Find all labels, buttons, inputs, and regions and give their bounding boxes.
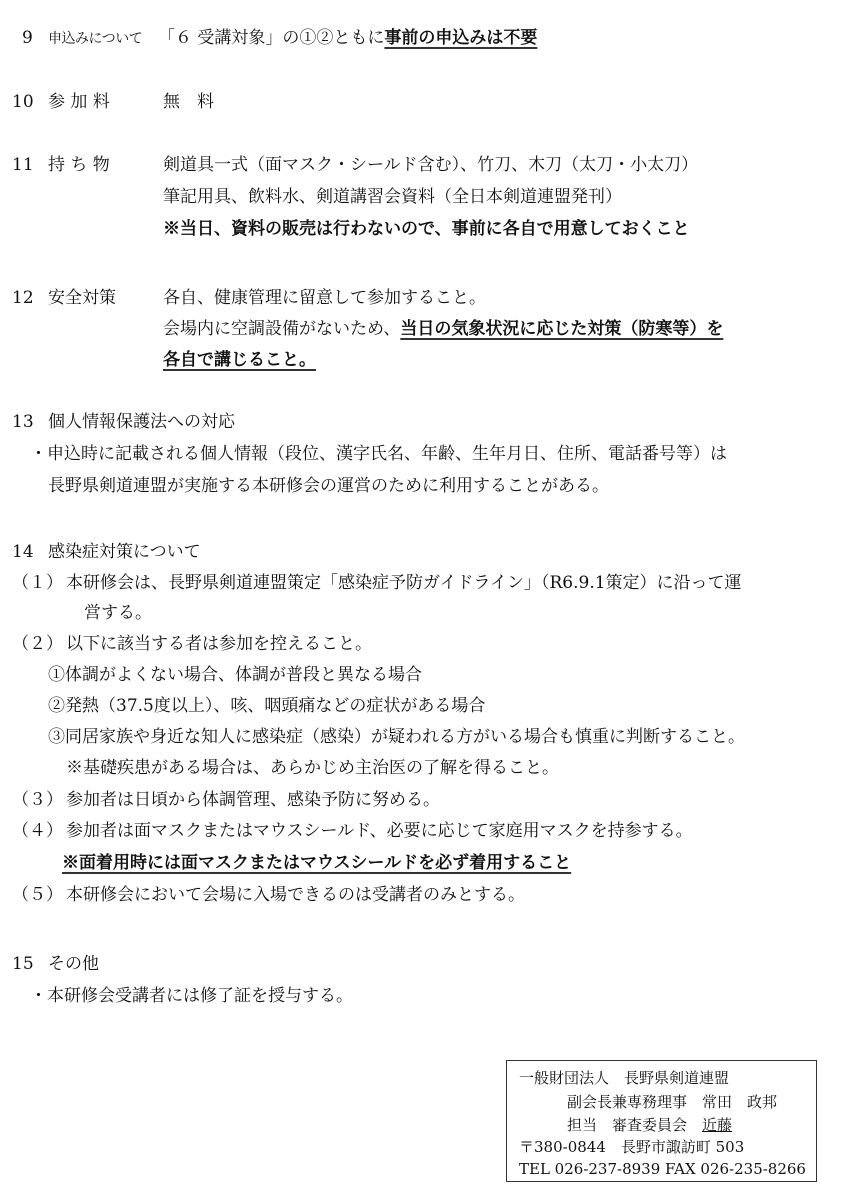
emphasis-text: 各自で講じること。 [163,349,316,371]
section-label: 参 加 料 [48,91,110,113]
text-plain: 「６ 受講対象」の①②ともに [158,28,384,48]
contact-staff-name: 近藤 [702,1116,732,1134]
section-number: 14 [12,541,34,563]
bullet-line: ・申込時に記載される個人情報（段位、漢字氏名、年齢、生年月日、住所、電話番号等）… [30,443,727,465]
section-number: 12 [12,287,34,309]
item-label: （５） [12,884,63,906]
contact-address: 〒380-0844 長野市諏訪町 503 [519,1137,744,1158]
sub-item: ②発熱（37.5度以上）、咳、咽頭痛などの症状がある場合 [48,695,485,717]
item-text: 参加者は日頃から体調管理、感染予防に努める。 [66,789,440,811]
item-label: （１） [12,572,63,594]
section-title: 感染症対策について [48,541,201,563]
contact-staff-dept: 担当 審査委員会 [567,1116,702,1134]
section-line: 筆記用具、飲料水、剣道講習会資料（全日本剣道連盟発刊） [163,186,622,208]
item-text: 営する。 [84,602,152,624]
bullet-line: 長野県剣道連盟が実施する本研修会の運営のために利用することがある。 [48,475,609,497]
section-note: ※当日、資料の販売は行わないので、事前に各自で用意しておくこと [163,218,690,240]
section-line: 剣道具一式（面マスク・シールド含む）、竹刀、木刀（太刀・小太刀） [163,154,698,176]
sub-note: ※基礎疾患がある場合は、あらかじめ主治医の了解を得ること。 [66,757,559,779]
item-text: 参加者は面マスクまたはマウスシールド、必要に応じて家庭用マスクを持参する。 [66,820,693,842]
contact-org: 一般財団法人 長野県剣道連盟 [519,1068,729,1089]
item-text: 本研修会は、長野県剣道連盟策定「感染症予防ガイドライン」（R6.9.1策定）に沿… [66,572,742,594]
section-number: 13 [12,411,34,433]
item-text: 本研修会において会場に入場できるのは受講者のみとする。 [66,884,525,906]
bullet-line: ・本研修会受講者には修了証を授与する。 [30,985,353,1007]
section-line: 各自、健康管理に留意して参加すること。 [163,287,486,309]
section-line: 会場内に空調設備がないため、当日の気象状況に応じた対策（防寒等）を [163,318,723,340]
emphasis-note: ※面着用時には面マスクまたはマウスシールドを必ず着用すること [62,852,571,874]
sub-item: ①体調がよくない場合、体調が普段と異なる場合 [48,664,422,686]
contact-box: 一般財団法人 長野県剣道連盟 副会長兼専務理事 常田 政邦 担当 審査委員会 近… [506,1060,817,1182]
section-label: 持 ち 物 [48,154,110,176]
section-text: 「６ 受講対象」の①②ともに事前の申込みは不要 [158,27,537,49]
section-number: 10 [12,91,34,113]
contact-staff: 担当 審査委員会 近藤 [567,1115,732,1136]
sub-item: ③同居家族や身近な知人に感染症（感染）が疑われる方がいる場合も慎重に判断すること… [48,726,745,748]
emphasis-text: 事前の申込みは不要 [384,28,537,48]
item-label: （３） [12,789,63,811]
text-plain: 会場内に空調設備がないため、 [163,319,400,339]
item-label: （４） [12,820,63,842]
item-text: 以下に該当する者は参加を控えること。 [66,633,372,655]
section-label: 安全対策 [48,287,116,309]
section-text: 無 料 [163,91,214,113]
section-title: その他 [48,953,99,975]
section-number: 11 [12,154,34,176]
section-title: 個人情報保護法への対応 [48,411,235,433]
contact-role: 副会長兼専務理事 常田 政邦 [567,1092,777,1113]
emphasis-text: 当日の気象状況に応じた対策（防寒等）を [400,319,723,339]
section-label: 申込みについて [48,28,142,50]
item-label: （２） [12,633,63,655]
section-number: 9 [22,27,33,49]
section-number: 15 [12,953,34,975]
contact-phone: TEL 026-237-8939 FAX 026-235-8266 [519,1159,806,1180]
